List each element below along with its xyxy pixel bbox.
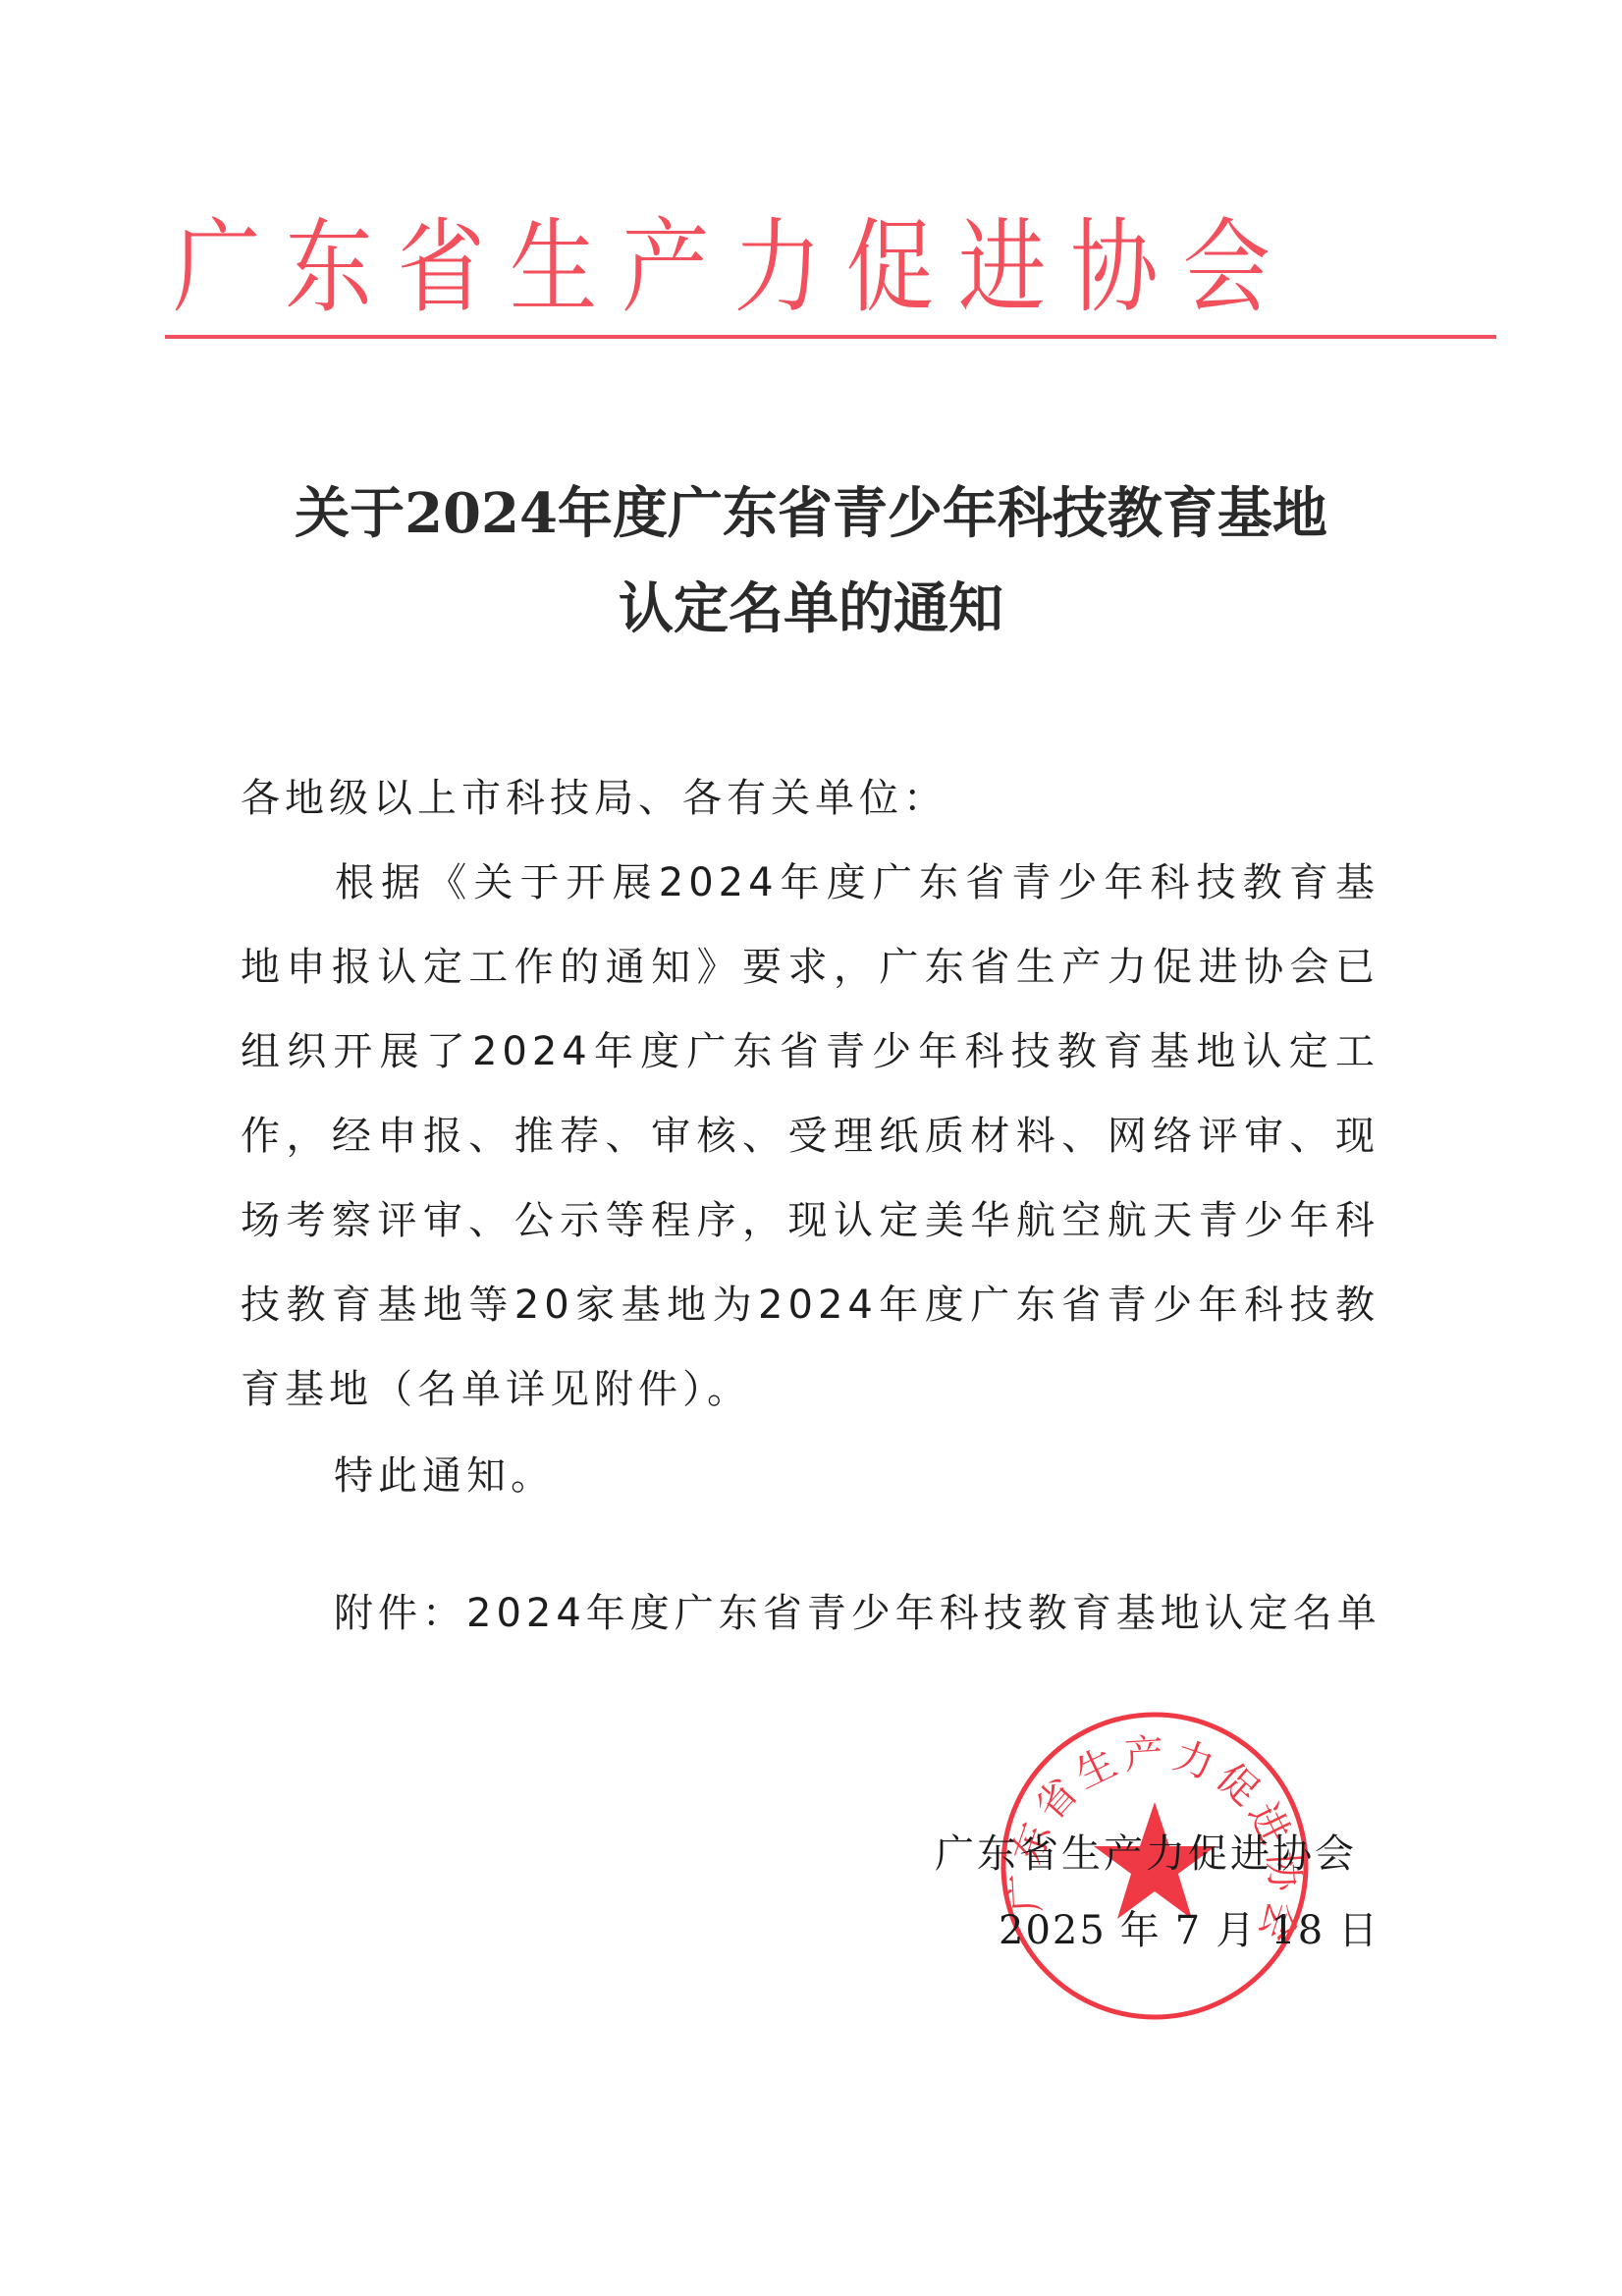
date-day: 18 bbox=[1271, 1908, 1325, 1953]
letterhead-char: 东 bbox=[285, 208, 372, 326]
letterhead-char: 进 bbox=[958, 208, 1046, 326]
date-year-unit: 年 bbox=[1120, 1908, 1162, 1953]
date-day-unit: 日 bbox=[1338, 1908, 1379, 1953]
date-year: 2025 bbox=[999, 1908, 1107, 1953]
attachment-note: 附件：2024年度广东省青少年科技教育基地认定名单 bbox=[334, 1571, 1381, 1656]
letterhead-char: 广 bbox=[173, 208, 260, 326]
closing-remark: 特此通知。 bbox=[334, 1434, 555, 1518]
body-paragraph: 根据《关于开展2024年度广东省青少年科技教育基地申报认定工作的通知》要求，广东… bbox=[241, 841, 1379, 1432]
document-title-line-1: 关于2024年度广东省青少年科技教育基地 bbox=[0, 479, 1622, 548]
signature-date: 2025年7月18日 bbox=[999, 1896, 1393, 1965]
document-title-line-2: 认定名单的通知 bbox=[0, 574, 1622, 643]
date-month-unit: 月 bbox=[1216, 1908, 1257, 1953]
letterhead-char: 省 bbox=[398, 208, 485, 326]
letterhead-organization-name: 广 东 省 生 产 力 促 进 协 会 bbox=[173, 208, 1271, 326]
letterhead-char: 协 bbox=[1070, 208, 1158, 326]
letterhead-char: 产 bbox=[622, 208, 709, 326]
salutation: 各地级以上市科技局、各有关单位： bbox=[241, 756, 947, 841]
signature-organization: 广东省生产力促进协会 bbox=[935, 1820, 1357, 1888]
letterhead-char: 会 bbox=[1182, 208, 1270, 326]
date-month: 7 bbox=[1175, 1908, 1202, 1953]
letterhead-divider bbox=[165, 335, 1496, 339]
letterhead-char: 促 bbox=[846, 208, 934, 326]
letterhead-char: 生 bbox=[510, 208, 597, 326]
letterhead-char: 力 bbox=[733, 208, 821, 326]
